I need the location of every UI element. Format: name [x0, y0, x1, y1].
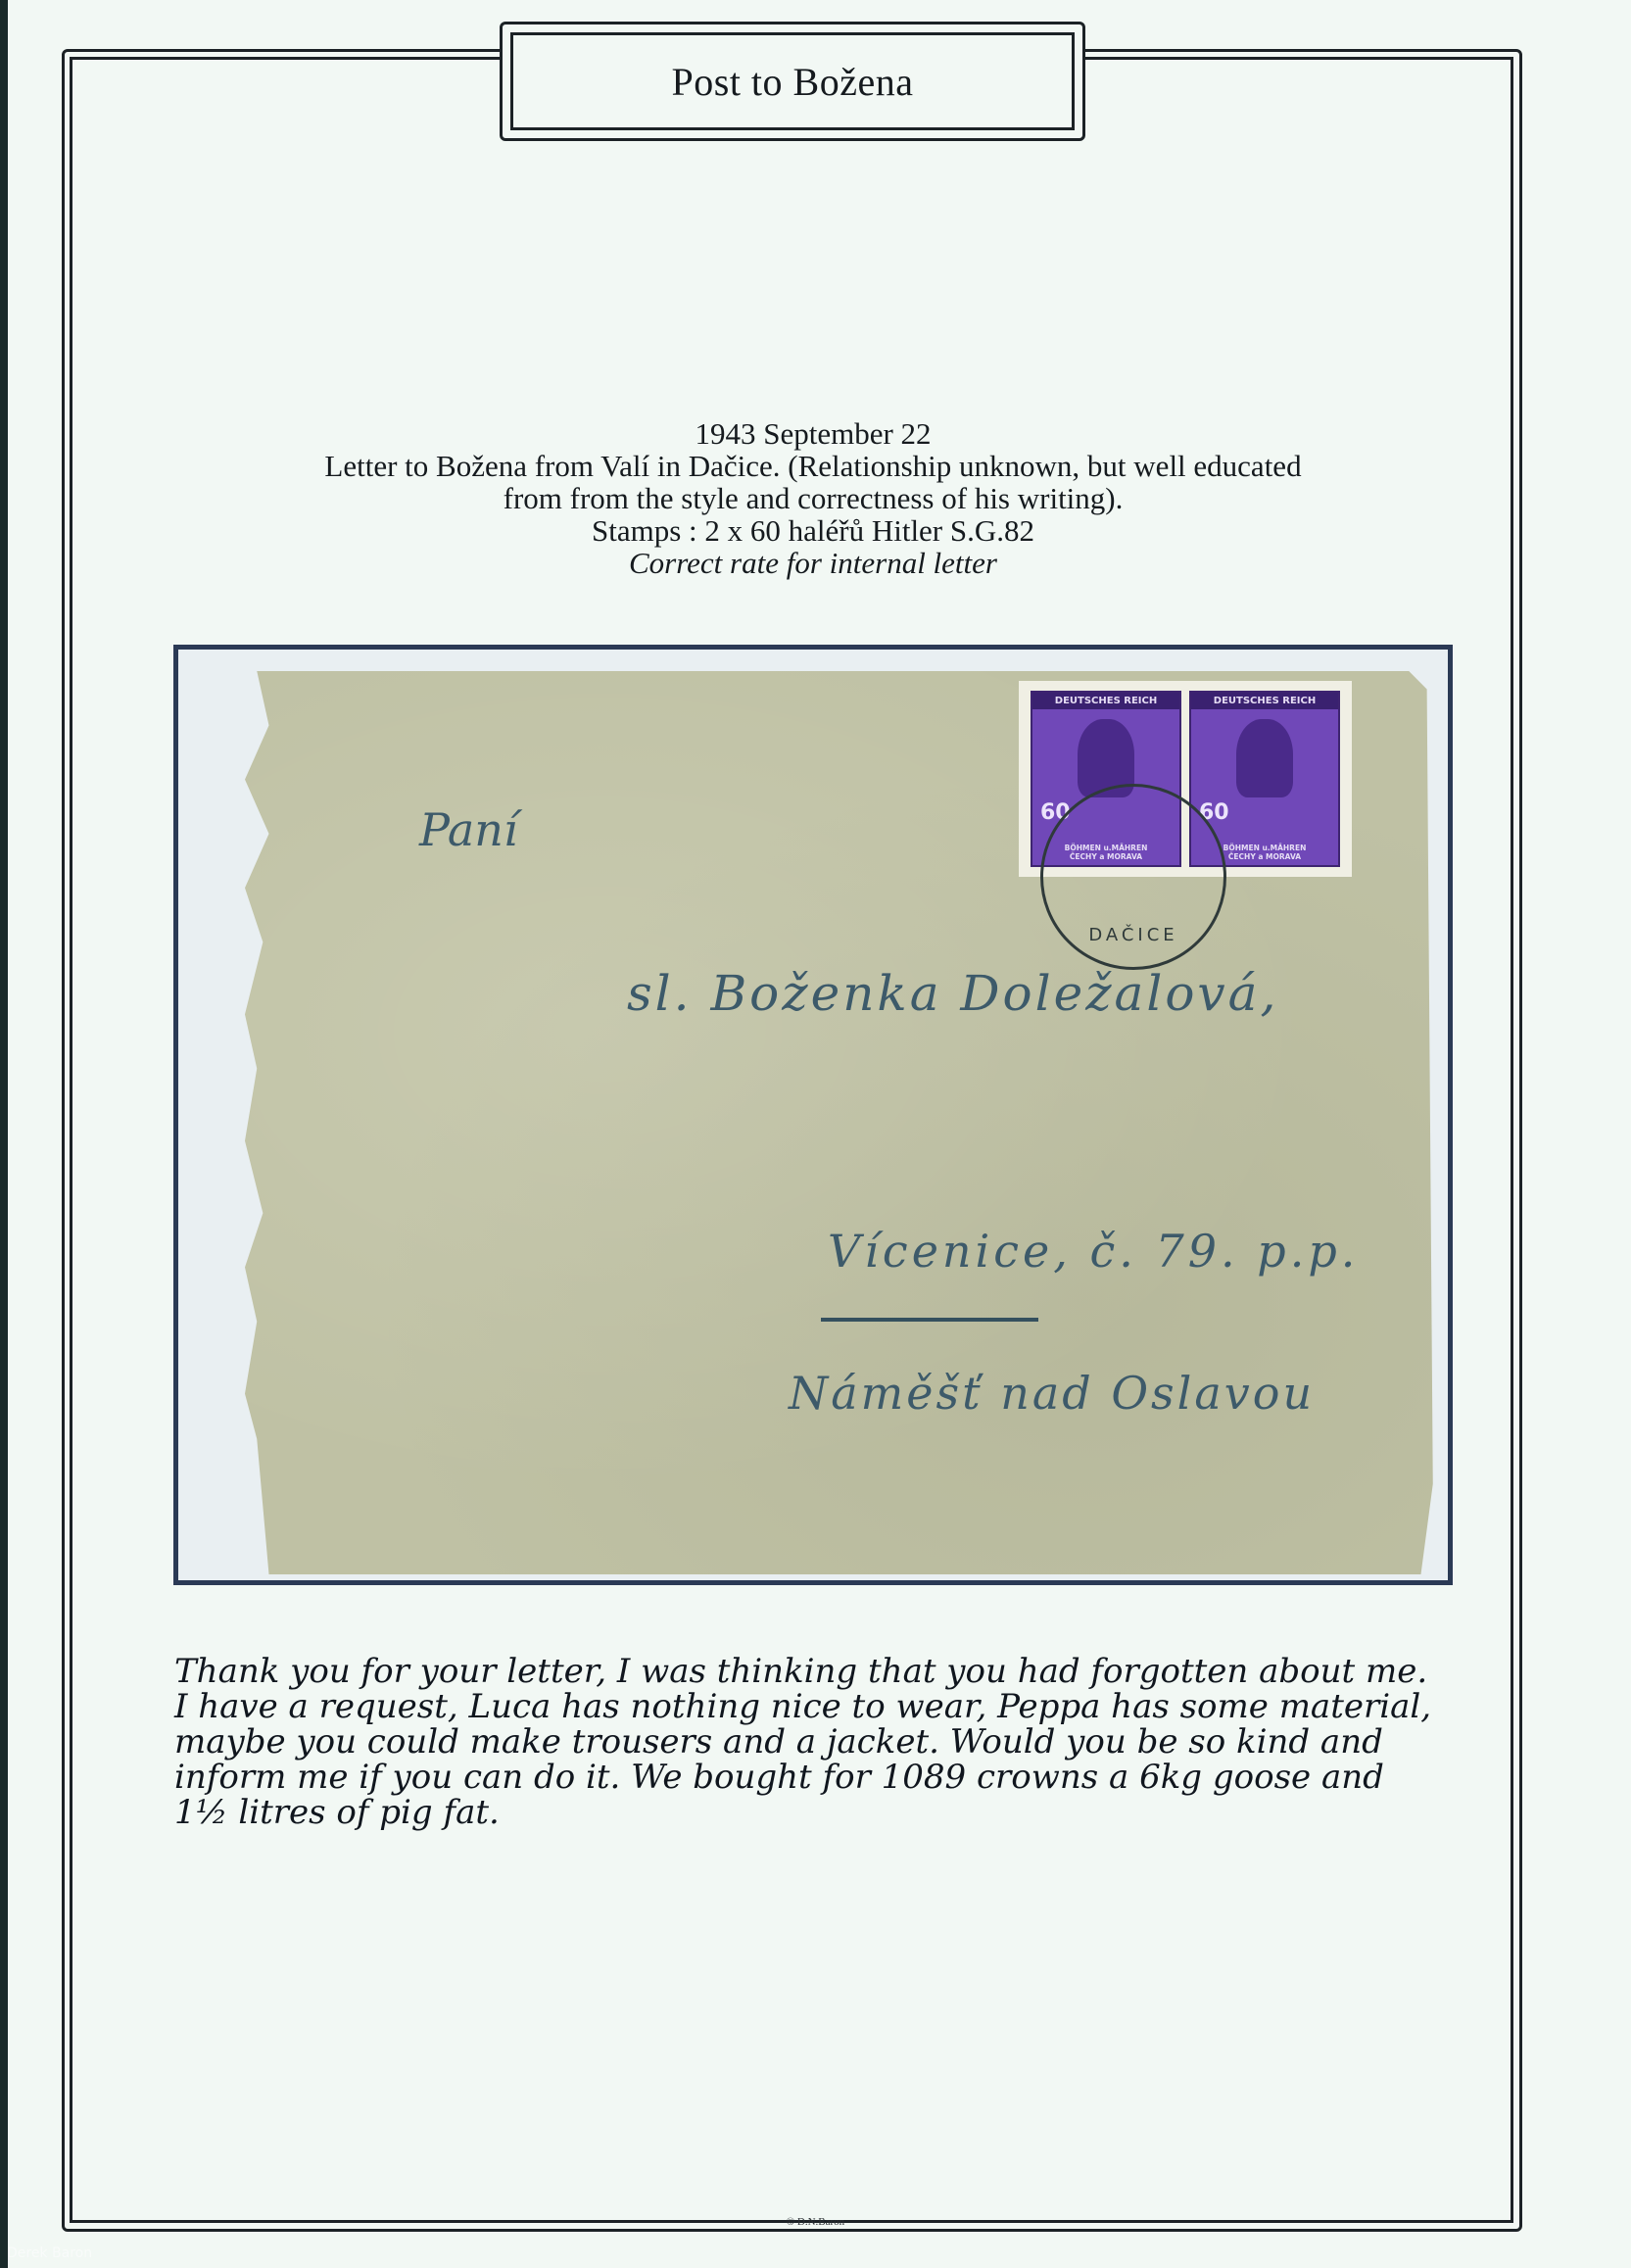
address-town: Náměšť nad Oslavou [789, 1367, 1315, 1420]
title-box: Post to Božena [500, 22, 1085, 141]
portrait-icon [1236, 719, 1293, 797]
cover-description: 1943 September 22 Letter to Božena from … [176, 417, 1450, 579]
postmark-icon: DAČICE [1040, 784, 1226, 970]
stamps-description: Stamps : 2 x 60 haléřů Hitler S.G.82 [176, 514, 1450, 547]
watermark: Derek Baron [7, 2245, 92, 2261]
copyright: © D.N.Baron [0, 2216, 1631, 2228]
postmark-town: DAČICE [1043, 925, 1223, 945]
address-name: sl. Boženka Doležalová, [627, 965, 1278, 1022]
description-line-2: from from the style and correctness of h… [176, 482, 1450, 514]
stamp-header: DEUTSCHES REICH [1032, 693, 1179, 709]
address-salutation: Paní [419, 803, 518, 856]
address-street: Vícenice, č. 79. p.p. [828, 1225, 1359, 1278]
title-box-inner: Post to Božena [510, 32, 1075, 130]
letter-translation: Thank you for your letter, I was thinkin… [174, 1654, 1448, 1830]
page-title: Post to Božena [672, 59, 914, 105]
address-underline [821, 1318, 1038, 1322]
scan-edge [0, 0, 8, 2268]
cover-date: 1943 September 22 [176, 417, 1450, 450]
description-line-1: Letter to Božena from Valí in Dačice. (R… [176, 450, 1450, 482]
stamp-header: DEUTSCHES REICH [1191, 693, 1338, 709]
rate-note: Correct rate for internal letter [176, 547, 1450, 579]
